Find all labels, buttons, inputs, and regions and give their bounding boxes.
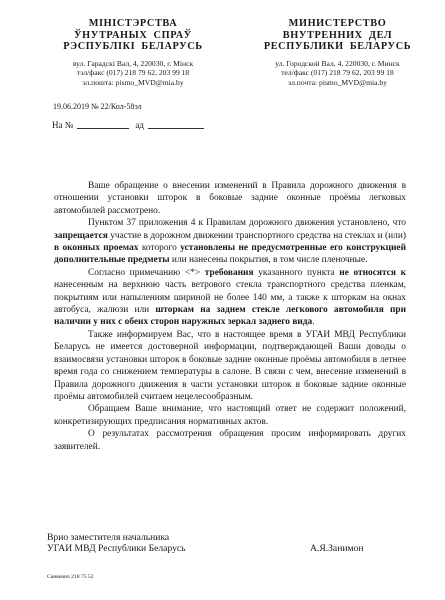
bold-text: требования — [205, 268, 254, 278]
text: или нанесены покрытия, в том числе плено… — [170, 255, 368, 265]
bold-text: в оконных проемах — [54, 243, 138, 253]
paragraph: Также информируем Вас, что в настоящее в… — [54, 329, 406, 403]
paragraph: Согласно примечанию <*> требования указа… — [54, 267, 406, 329]
email: эл.почта: pismo_MVD@mia.by — [250, 78, 425, 88]
text: участие в дорожном движении транспортног… — [108, 231, 406, 241]
text: Согласно примечанию <*> — [88, 268, 205, 278]
org-name-ru: МИНИСТЕРСТВО ВНУТРЕННИХ ДЕЛ РЕСПУБЛИКИ Б… — [250, 18, 425, 53]
ref-date-blank — [148, 119, 204, 129]
letterhead-belarusian: МІНІСТЭРСТВА ЎНУТРАНЫХ СПРАЎ РЭСПУБЛІКІ … — [48, 18, 218, 87]
address: ул. Городской Вал, 4, 220030, г. Минск — [250, 59, 425, 69]
paragraph: О результатах рассмотрения обращения про… — [54, 428, 406, 453]
org-name-line: РЭСПУБЛІКІ БЕЛАРУСЬ — [48, 41, 218, 53]
text: указанного пункта — [254, 268, 340, 278]
org-name-line: МИНИСТЕРСТВО — [250, 18, 425, 30]
org-name-line: МІНІСТЭРСТВА — [48, 18, 218, 30]
bold-text: не относятся к — [339, 268, 406, 278]
org-contacts-ru: ул. Городской Вал, 4, 220030, г. Минск т… — [250, 59, 425, 88]
text: Пунктом 37 приложения 4 к Правилам дорож… — [88, 218, 406, 228]
phone: тел/факс (017) 218 79 62, 203 99 18 — [250, 68, 425, 78]
paragraph: Пунктом 37 приложения 4 к Правилам дорож… — [54, 217, 406, 267]
address: вул. Гарадскі Вал, 4, 220030, г. Мінск — [48, 59, 218, 69]
letter-body: Ваше обращение о внесении изменений в Пр… — [54, 180, 406, 453]
registration-date-number: 19.06.2019 № 22/Кол-58эл — [53, 102, 142, 111]
org-name-by: МІНІСТЭРСТВА ЎНУТРАНЫХ СПРАЎ РЭСПУБЛІКІ … — [48, 18, 218, 53]
ref-date-label: ад — [135, 120, 144, 130]
ref-number-label: На № — [52, 120, 73, 130]
executor-info: Санкевич 218 75 52 — [47, 574, 94, 580]
bold-text: запрещается — [54, 231, 108, 241]
phone: тэл/факс (017) 218 79 62, 203 99 18 — [48, 68, 218, 78]
org-name-line: ЎНУТРАНЫХ СПРАЎ — [48, 30, 218, 42]
text: . — [312, 317, 314, 327]
org-name-line: ВНУТРЕННИХ ДЕЛ — [250, 30, 425, 42]
letterhead-russian: МИНИСТЕРСТВО ВНУТРЕННИХ ДЕЛ РЕСПУБЛИКИ Б… — [250, 18, 425, 87]
signer-name: А.Я.Занимон — [310, 543, 363, 554]
reference-line: На № ад — [52, 119, 204, 130]
org-name-line: РЕСПУБЛИКИ БЕЛАРУСЬ — [250, 41, 425, 53]
text: которого — [138, 243, 180, 253]
email: эл.пошта: pismo_MVD@mia.by — [48, 78, 218, 88]
org-contacts-by: вул. Гарадскі Вал, 4, 220030, г. Мінск т… — [48, 59, 218, 88]
paragraph: Ваше обращение о внесении изменений в Пр… — [54, 180, 406, 217]
signer-position: Врио заместителя начальника — [47, 533, 387, 544]
paragraph: Обращаем Ваше внимание, что настоящий от… — [54, 403, 406, 428]
ref-number-blank — [77, 119, 129, 129]
